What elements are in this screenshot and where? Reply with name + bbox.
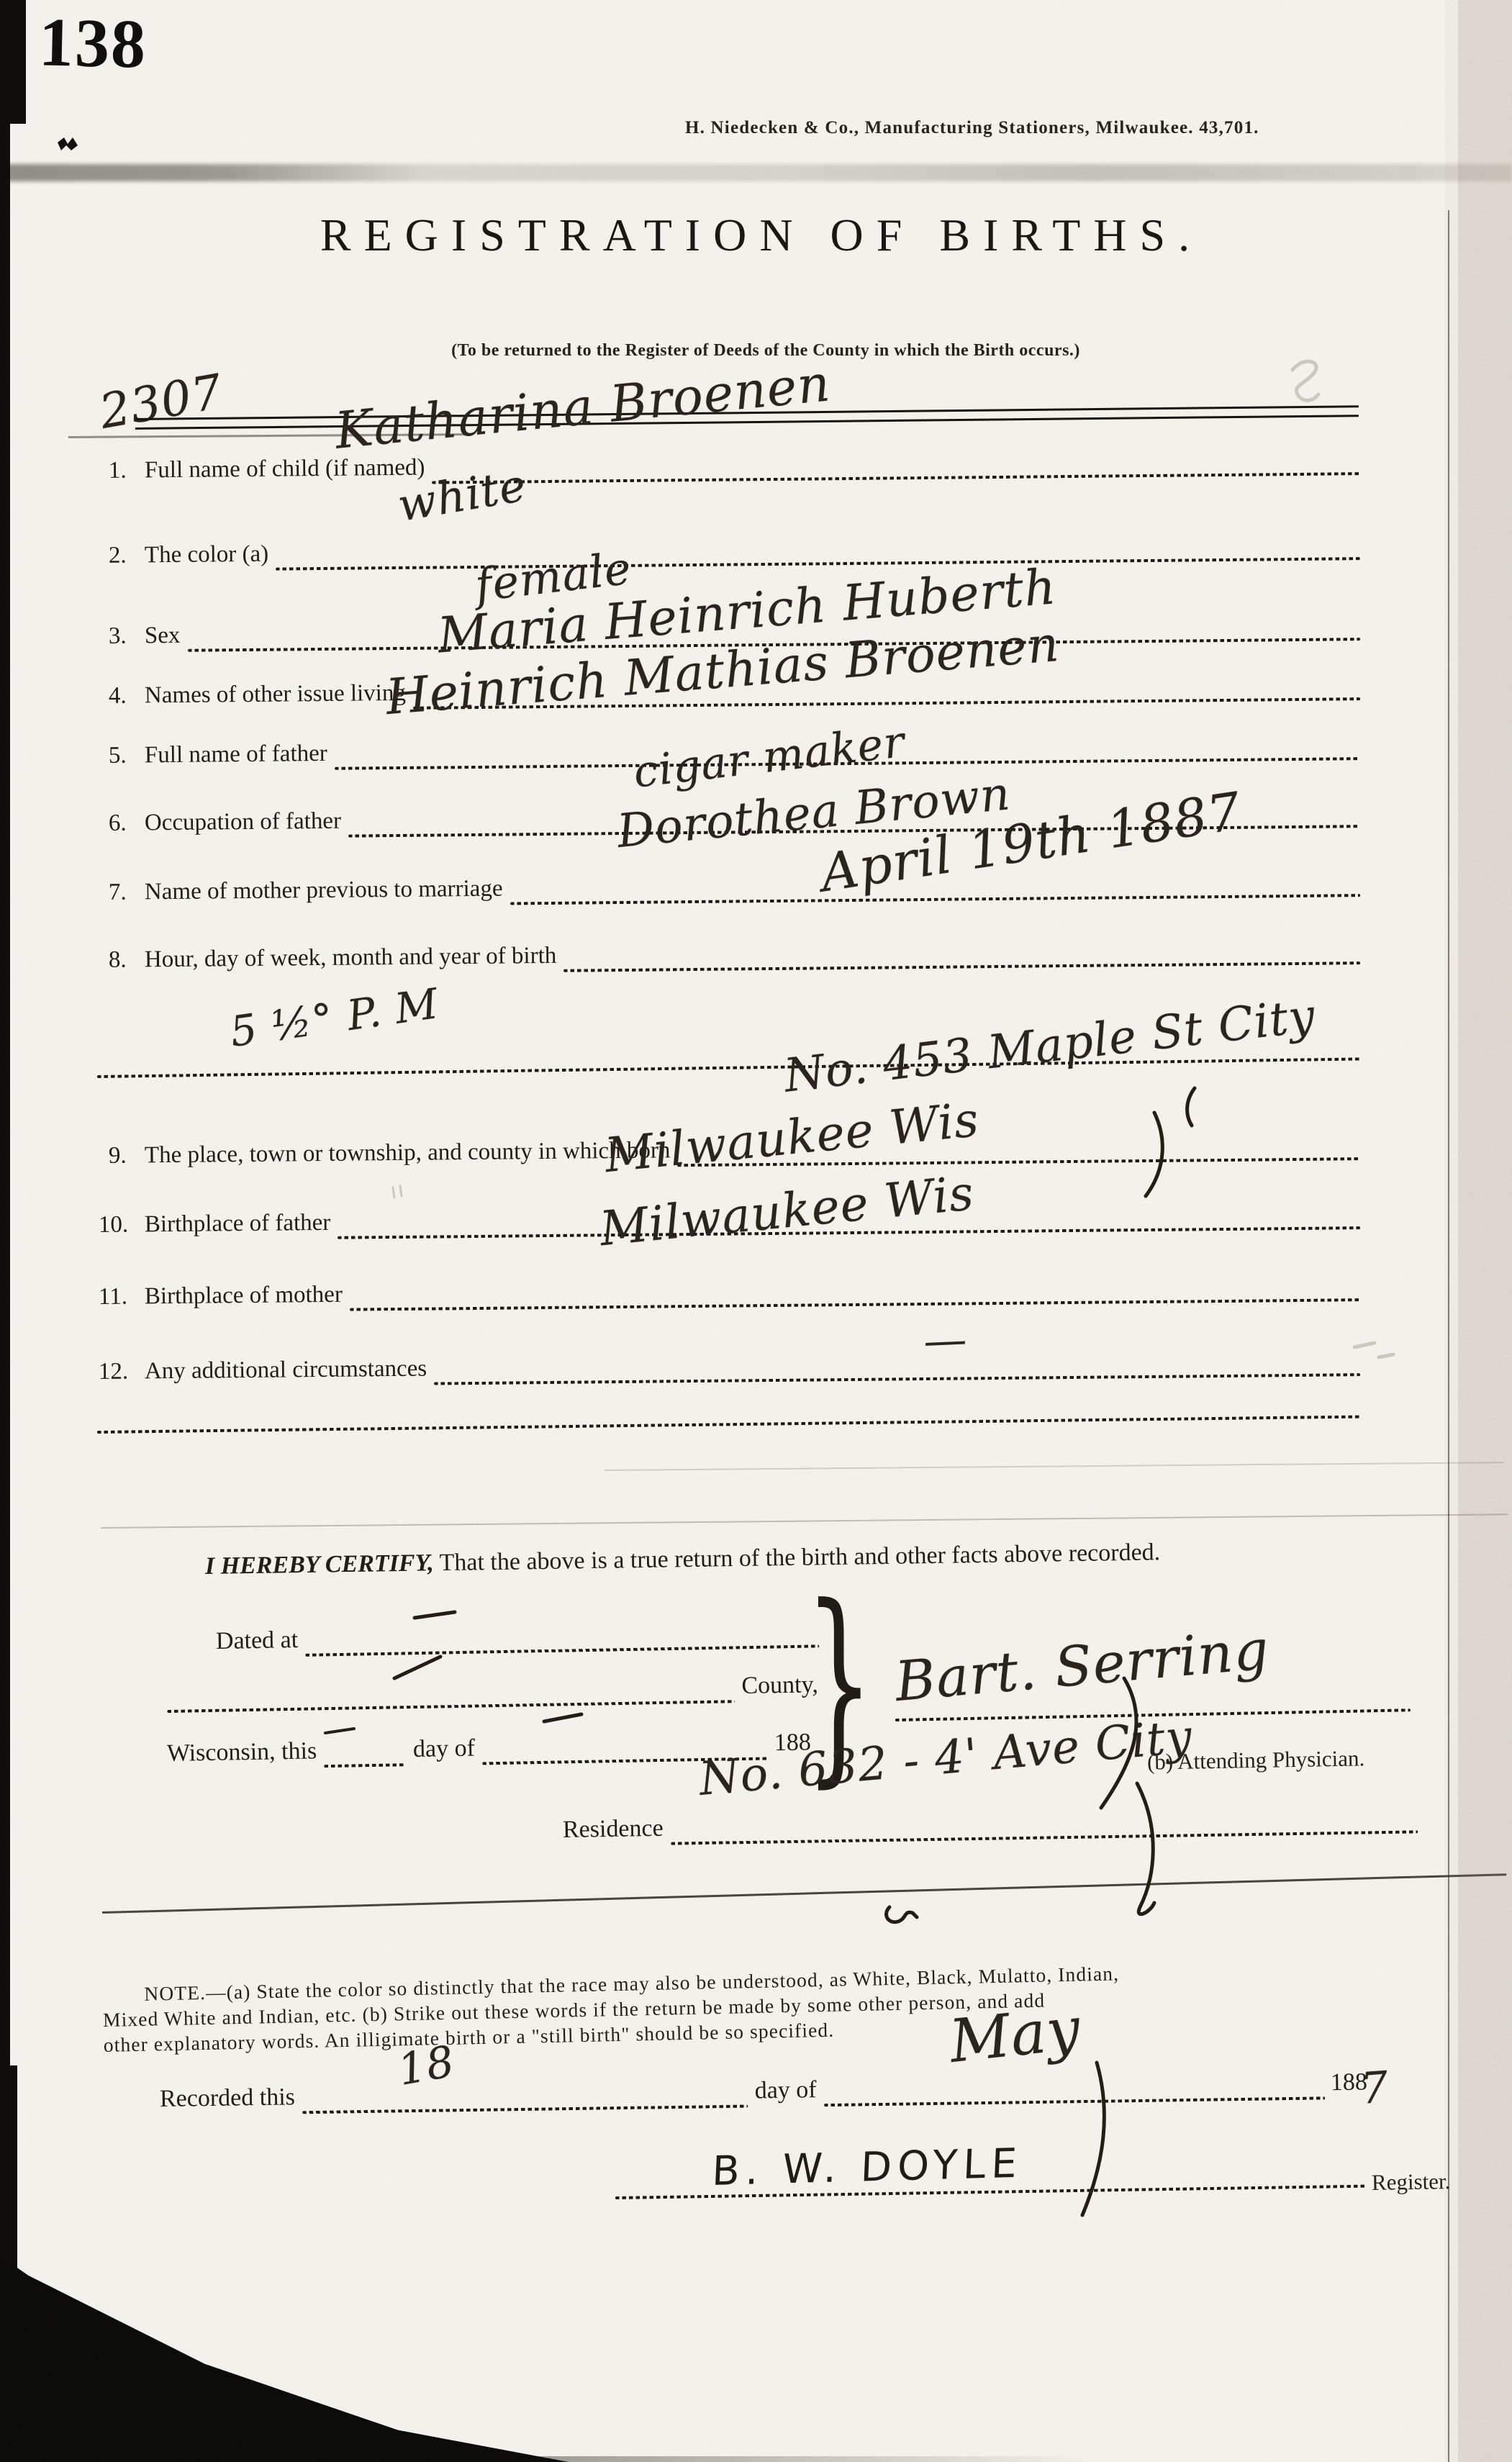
handwritten-entry-hour: 5 ½° P. M [227, 979, 442, 1056]
item-label: Hour, day of week, month and year of bir… [145, 943, 557, 973]
dated-at-row: Dated at [216, 1617, 820, 1658]
dotted-line [167, 1700, 735, 1713]
dotted-line-continuation [97, 1057, 1360, 1078]
pencil-line [102, 1873, 1506, 1914]
residence-handwritten: No. 632 - 4' Ave City [697, 1710, 1195, 1806]
recorded-row: Recorded this day of 188 [160, 2068, 1375, 2116]
item-number: 10. [97, 1211, 145, 1239]
item-label: Occupation of father [145, 808, 341, 837]
dayof-dash-handwritten [544, 1714, 581, 1721]
dated-dash-handwritten [415, 1612, 455, 1618]
scan-edge-left-top [0, 0, 26, 124]
item-number: 8. [97, 946, 145, 974]
item-label: Sex [145, 623, 181, 649]
stray-curl-mark [1187, 1088, 1195, 1126]
dotted-line [824, 2096, 1325, 2106]
county-dash-handwritten [394, 1657, 440, 1678]
this-dash-handwritten [325, 1729, 354, 1733]
dotted-line [510, 894, 1360, 905]
scanned-birth-registration-page: 138 H. Niedecken & Co., Manufacturing St… [0, 0, 1512, 2462]
form-row-1: 1. Full name of child (if named) Kathari… [97, 445, 1360, 491]
handwritten-entry: Katharina Broenen [332, 353, 833, 460]
form-subtitle: (To be returned to the Register of Deeds… [451, 341, 1080, 361]
certify-rest: That the above is a true return of the b… [433, 1539, 1160, 1576]
physician-signature: Bart. Serring [892, 1617, 1272, 1714]
item-label: Full name of child (if named) [145, 455, 425, 484]
note-paragraph: NOTE.—(a) State the color so distinctly … [102, 1955, 1385, 2058]
recorded-year-digit-handwritten: 7 [1359, 2062, 1390, 2114]
item-number: 2. [97, 542, 145, 569]
form-row-8: 8. Hour, day of week, month and year of … [97, 935, 1360, 980]
dotted-line [350, 1298, 1360, 1311]
form-row-12: 12. Any additional circumstances — [97, 1347, 1360, 1392]
ink-blot [58, 137, 78, 150]
residence-label: Residence [563, 1815, 664, 1844]
dotted-line [325, 1763, 407, 1768]
scan-edge-band [0, 164, 1512, 181]
dotted-line [563, 961, 1360, 972]
item-label: The color (a) [145, 541, 269, 569]
item-number: 12. [97, 1358, 145, 1385]
faint-scan-line [101, 1513, 1508, 1529]
dotted-line [302, 2105, 748, 2114]
handwritten-entry: — [923, 1314, 969, 1367]
day-of-label: day of [754, 2076, 816, 2104]
faint-squiggle-marks [1354, 1343, 1393, 1357]
item-number: 5. [97, 742, 145, 769]
recorded-month-handwritten: May [946, 1994, 1084, 2076]
item-number: 9. [97, 1142, 145, 1169]
ghost-ink-mark [1293, 361, 1318, 400]
scan-edge-bottom [497, 2456, 1094, 2462]
certify-lead: I HEREBY CERTIFY, [205, 1549, 434, 1580]
residence-row: Residence [563, 1803, 1418, 1847]
item-label: Full name of father [145, 741, 327, 769]
item-number: 6. [97, 810, 145, 837]
item-number: 3. [97, 623, 145, 650]
register-signature: B. W. DOYLE [711, 2140, 1023, 2195]
ink-squiggle [887, 1907, 917, 1922]
register-label: Register. [1372, 2168, 1451, 2196]
dotted-line [276, 557, 1360, 570]
wisconsin-label: Wisconsin, this [167, 1737, 317, 1768]
dotted-line [305, 1644, 819, 1656]
item-number: 7. [97, 879, 145, 906]
item-label: Birthplace of father [145, 1210, 331, 1238]
item-label: The place, town or township, and county … [145, 1137, 671, 1169]
item-label: Name of mother previous to marriage [145, 876, 503, 906]
dotted-line [433, 472, 1360, 484]
form-row-7: 7. Name of mother previous to marriage D… [97, 867, 1360, 913]
printer-credit: H. Niedecken & Co., Manufacturing Statio… [685, 118, 1259, 138]
dotted-line [671, 1830, 1418, 1845]
torn-corner-bottom-left [0, 2217, 569, 2462]
dotted-line [434, 1373, 1360, 1385]
residence-tail-flourish [1137, 1783, 1154, 1914]
scan-edge-right-column [1458, 0, 1512, 2462]
county-row: County, [167, 1671, 819, 1713]
item-number: 1. [97, 457, 145, 484]
certify-statement: I HEREBY CERTIFY, That the above is a tr… [205, 1539, 1161, 1580]
form-row-11: 11. Birthplace of mother Milwaukee Wis [97, 1272, 1360, 1317]
stray-tick-marks [393, 1186, 402, 1198]
dated-at-label: Dated at [216, 1626, 299, 1655]
recorded-label: Recorded this [160, 2083, 295, 2113]
item-label: Any additional circumstances [145, 1356, 427, 1385]
page-edge-line-right [1448, 210, 1449, 2462]
form-title: REGISTRATION OF BIRTHS. [320, 209, 1203, 262]
handwritten-entry: No. 453 Maple St City [782, 990, 1318, 1103]
item-number: 4. [97, 682, 145, 710]
item-label: Birthplace of mother [145, 1282, 343, 1311]
item-number: 11. [97, 1283, 145, 1311]
day-of-label: day of [413, 1735, 476, 1763]
recorded-day-handwritten: 18 [394, 2036, 458, 2096]
faint-scan-line [605, 1462, 1504, 1471]
form-row-2: 2. The color (a) white [97, 530, 1360, 576]
dotted-line-continuation [97, 1416, 1360, 1434]
page-number-stamp: 138 [38, 1, 148, 83]
handwritten-entry: Milwaukee Wis [597, 1165, 977, 1257]
item-label: Names of other issue living [145, 680, 406, 709]
